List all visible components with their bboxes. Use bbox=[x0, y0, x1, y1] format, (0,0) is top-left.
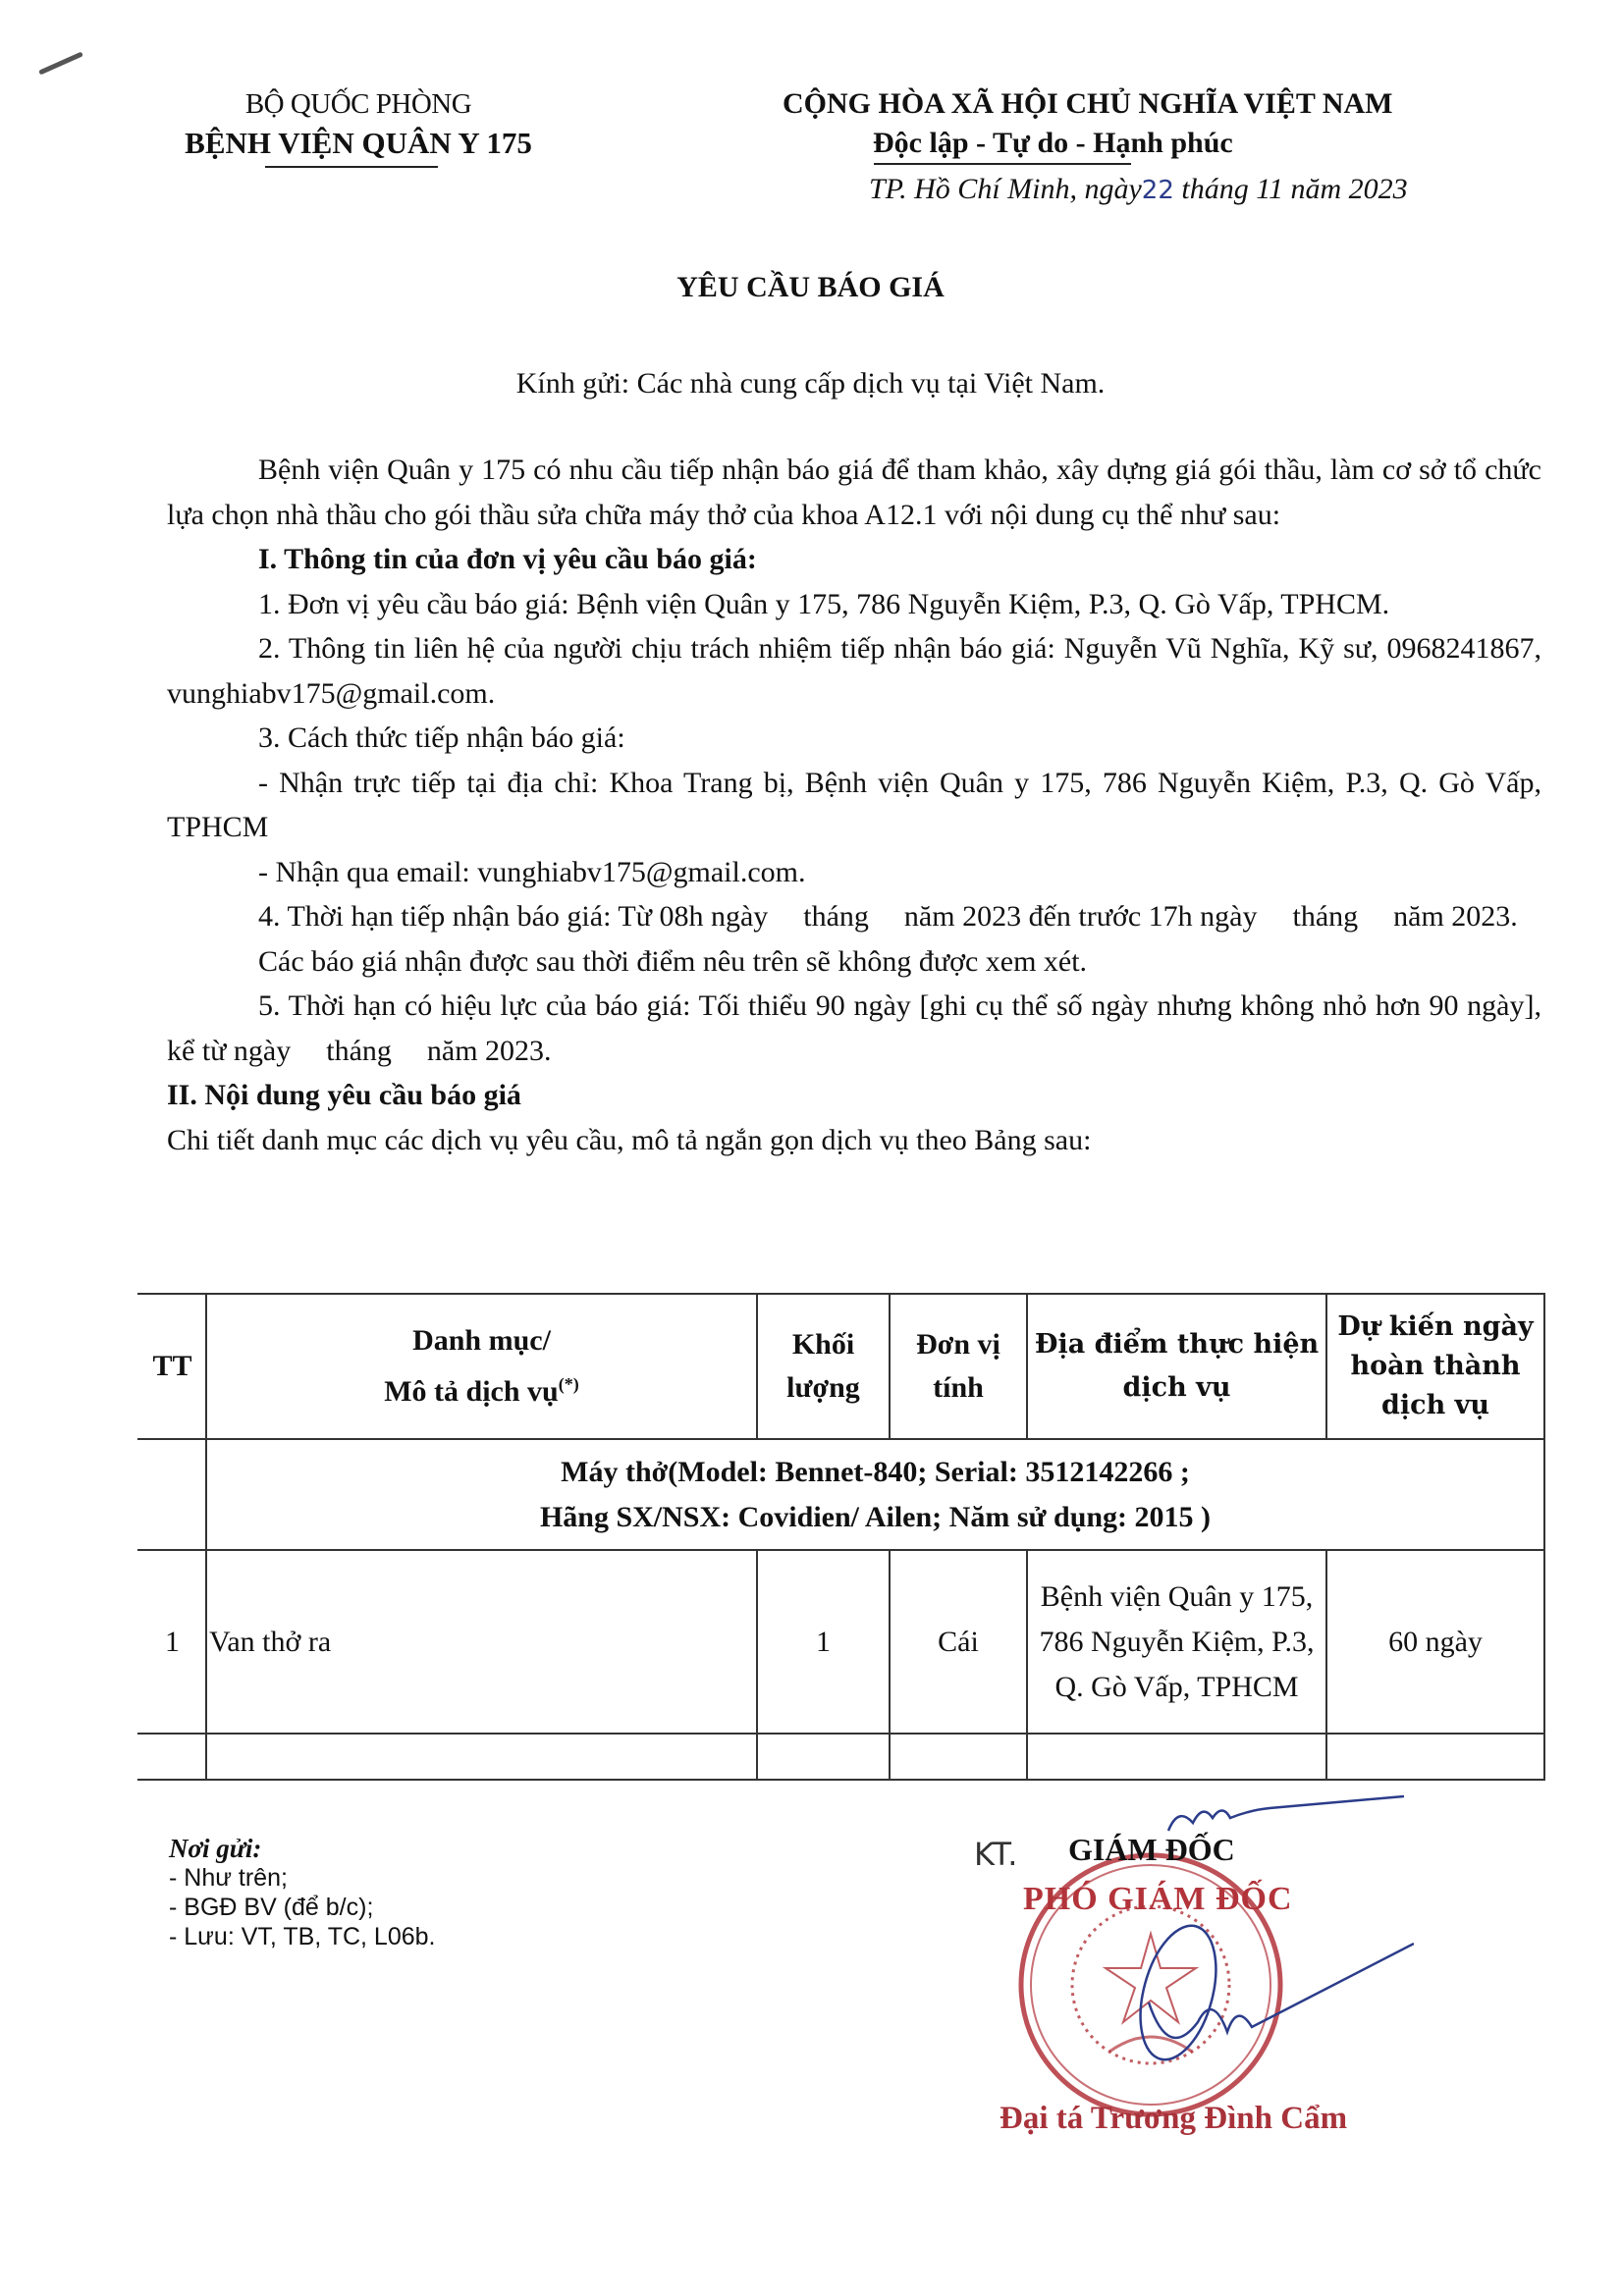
row-tt: 1 bbox=[138, 1550, 206, 1734]
empty-cell bbox=[206, 1734, 757, 1780]
recipients-label: Nơi gửi: bbox=[169, 1834, 435, 1863]
unit-header-line2: tính bbox=[933, 1371, 984, 1404]
section-1-heading: I. Thông tin của đơn vị yêu cầu báo giá: bbox=[167, 537, 1541, 582]
document-date: TP. Hồ Chí Minh, ngày22 tháng 11 năm 202… bbox=[869, 167, 1551, 213]
section-2-lead: Chi tiết danh mục các dịch vụ yêu cầu, m… bbox=[167, 1118, 1541, 1163]
table-row: 1 Van thở ra 1 Cái Bệnh viện Quân y 175,… bbox=[138, 1550, 1544, 1734]
intro-paragraph: Bệnh viện Quân y 175 có nhu cầu tiếp nhậ… bbox=[167, 448, 1541, 537]
handwritten-kt: KT. bbox=[974, 1836, 1017, 1873]
hospital-name: BỆNH VIỆN QUÂN Y 175 bbox=[147, 124, 569, 163]
handwritten-day: 22 bbox=[1142, 176, 1174, 205]
section-2-heading: II. Nội dung yêu cầu báo giá bbox=[167, 1073, 1541, 1118]
empty-cell bbox=[1027, 1734, 1326, 1780]
recipients-block: Nơi gửi: - Như trên; - BGĐ BV (để b/c); … bbox=[169, 1834, 435, 1951]
nation-title: CỘNG HÒA XÃ HỘI CHỦ NGHĨA VIỆT NAM bbox=[783, 84, 1551, 124]
place-header-line1: Địa điểm thực hiện bbox=[1035, 1329, 1319, 1360]
deadline-year: năm 2023. bbox=[1393, 900, 1518, 933]
deadline-to: năm 2023 đến trước 17h bbox=[904, 900, 1193, 933]
col-header-description: Danh mục/ Mô tả dịch vụ(*) bbox=[206, 1294, 757, 1439]
desc-header-line1: Danh mục/ bbox=[412, 1324, 551, 1357]
qty-header-line1: Khối bbox=[792, 1328, 854, 1361]
table-header-row: TT Danh mục/ Mô tả dịch vụ(*) Khối lượng… bbox=[138, 1294, 1544, 1439]
deadline-day-label: ngày bbox=[1200, 900, 1257, 933]
national-motto: Độc lập - Tự do - Hạnh phúc bbox=[873, 124, 1551, 163]
row-quantity: 1 bbox=[757, 1550, 890, 1734]
date-suffix: tháng 11 năm 2023 bbox=[1181, 173, 1407, 205]
signer-title: GIÁM ĐỐC bbox=[1068, 1832, 1235, 1868]
validity-month-label: tháng bbox=[326, 1035, 392, 1067]
section-1-item-3a: - Nhận trực tiếp tại địa chỉ: Khoa Trang… bbox=[167, 761, 1541, 850]
stamp-title: PHÓ GIÁM ĐỐC bbox=[1023, 1881, 1293, 1918]
header-underline bbox=[265, 166, 438, 168]
document-body: Bệnh viện Quân y 175 có nhu cầu tiếp nhậ… bbox=[167, 448, 1541, 1162]
section-1-item-1: 1. Đơn vị yêu cầu báo giá: Bệnh viện Quâ… bbox=[167, 582, 1541, 627]
issuer-header: BỘ QUỐC PHÒNG BỆNH VIỆN QUÂN Y 175 bbox=[147, 84, 569, 168]
unit-header-line1: Đơn vị bbox=[916, 1328, 1000, 1361]
place-header-line2: dịch vụ bbox=[1123, 1372, 1231, 1403]
date-prefix: TP. Hồ Chí Minh, ngày bbox=[869, 173, 1142, 205]
desc-header-line2: Mô tả dịch vụ bbox=[384, 1375, 559, 1408]
row-eta: 60 ngày bbox=[1326, 1550, 1544, 1734]
col-header-eta: Dự kiến ngày hoàn thành dịch vụ bbox=[1326, 1294, 1544, 1439]
recipient-item: - Lưu: VT, TB, TC, L06b. bbox=[169, 1922, 435, 1951]
empty-cell bbox=[138, 1734, 206, 1780]
recipient-item: - BGĐ BV (để b/c); bbox=[169, 1893, 435, 1922]
col-header-quantity: Khối lượng bbox=[757, 1294, 890, 1439]
signer-name: Đại tá Trương Đình Cẩm bbox=[1000, 2101, 1347, 2137]
qty-header-line2: lượng bbox=[786, 1371, 860, 1404]
service-table: TT Danh mục/ Mô tả dịch vụ(*) Khối lượng… bbox=[137, 1293, 1545, 1781]
group-tt-cell bbox=[138, 1439, 206, 1550]
deadline-from: 4. Thời hạn tiếp nhận báo giá: Từ 08h ng… bbox=[258, 900, 768, 933]
row-place: Bệnh viện Quân y 175, 786 Nguyễn Kiệm, P… bbox=[1027, 1550, 1326, 1734]
empty-cell bbox=[757, 1734, 890, 1780]
col-header-unit: Đơn vị tính bbox=[890, 1294, 1027, 1439]
col-header-tt: TT bbox=[138, 1294, 206, 1439]
section-1-item-3b: - Nhận qua email: vunghiabv175@gmail.com… bbox=[167, 850, 1541, 895]
recipient-item: - Như trên; bbox=[169, 1863, 435, 1893]
section-1-item-4-note: Các báo giá nhận được sau thời điểm nêu … bbox=[167, 939, 1541, 985]
device-info-line2: Hãng SX/NSX: Covidien/ Ailen; Năm sử dụn… bbox=[540, 1501, 1211, 1533]
section-1-item-5: 5. Thời hạn có hiệu lực của báo giá: Tối… bbox=[167, 984, 1541, 1073]
table-empty-row bbox=[138, 1734, 1544, 1780]
footnote-marker: (*) bbox=[559, 1374, 579, 1394]
empty-cell bbox=[1326, 1734, 1544, 1780]
section-1-item-2: 2. Thông tin liên hệ của người chịu trác… bbox=[167, 626, 1541, 716]
row-unit: Cái bbox=[890, 1550, 1027, 1734]
section-1-item-4: 4. Thời hạn tiếp nhận báo giá: Từ 08h ng… bbox=[167, 894, 1541, 939]
device-info-line1: Máy thở(Model: Bennet-840; Serial: 35121… bbox=[561, 1456, 1190, 1488]
validity-year: năm 2023. bbox=[427, 1035, 552, 1067]
motto-underline bbox=[874, 163, 1131, 165]
salutation: Kính gửi: Các nhà cung cấp dịch vụ tại V… bbox=[0, 367, 1621, 400]
deadline-month-label: tháng bbox=[803, 900, 869, 933]
col-header-place: Địa điểm thực hiện dịch vụ bbox=[1027, 1294, 1326, 1439]
national-header: CỘNG HÒA XÃ HỘI CHỦ NGHĨA VIỆT NAM Độc l… bbox=[766, 84, 1551, 213]
empty-cell bbox=[890, 1734, 1027, 1780]
deadline-month-label-2: tháng bbox=[1292, 900, 1358, 933]
signature-block: KT. GIÁM ĐỐC PHÓ GIÁM ĐỐC Đại tá Trương … bbox=[962, 1787, 1414, 2179]
section-1-item-3: 3. Cách thức tiếp nhận báo giá: bbox=[167, 716, 1541, 761]
pen-mark bbox=[38, 51, 83, 75]
ministry-name: BỘ QUỐC PHÒNG bbox=[147, 84, 569, 124]
device-info: Máy thở(Model: Bennet-840; Serial: 35121… bbox=[206, 1439, 1544, 1550]
table-group-row: Máy thở(Model: Bennet-840; Serial: 35121… bbox=[138, 1439, 1544, 1550]
document-title: YÊU CẦU BÁO GIÁ bbox=[0, 271, 1621, 304]
row-description: Van thở ra bbox=[206, 1550, 757, 1734]
